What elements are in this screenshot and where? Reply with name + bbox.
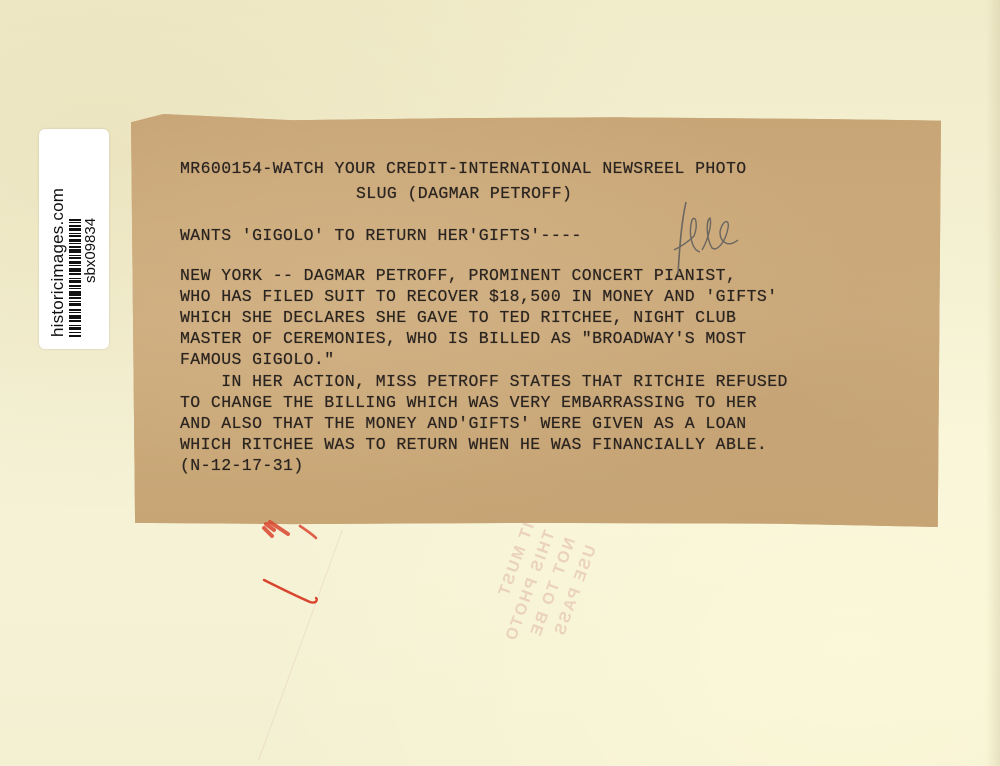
handwritten-initials-icon <box>668 190 758 280</box>
body-line: FAMOUS GIGOLO." <box>180 350 335 369</box>
mount-edge <box>986 0 1000 766</box>
caption-clipping: MR600154-WATCH YOUR CREDIT-INTERNATIONAL… <box>131 114 941 527</box>
body-line: (N-12-17-31) <box>180 456 304 475</box>
slug-line-1: MR600154-WATCH YOUR CREDIT-INTERNATIONAL… <box>180 159 747 178</box>
body-line: MASTER OF CEREMONIES, WHO IS BILLED AS "… <box>180 329 747 348</box>
body-line: TO CHANGE THE BILLING WHICH WAS VERY EMB… <box>180 393 757 412</box>
body-line: NEW YORK -- DAGMAR PETROFF, PROMINENT CO… <box>180 266 736 285</box>
slug-line-2: SLUG (DAGMAR PETROFF) <box>356 184 572 203</box>
body-line: AND ALSO THAT THE MONEY AND'GIFTS' WERE … <box>180 414 747 433</box>
body-line: IN HER ACTION, MISS PETROFF STATES THAT … <box>180 372 788 391</box>
archive-label: historicimages.com sbx09834 <box>39 129 109 349</box>
barcode-icon <box>69 219 81 337</box>
red-crayon-mark-icon <box>260 520 330 610</box>
body-line: WHO HAS FILED SUIT TO RECOVER $18,500 IN… <box>180 287 778 306</box>
archive-id: sbx09834 <box>83 218 99 337</box>
body-line: WHICH RITCHEE WAS TO RETURN WHEN HE WAS … <box>180 435 767 454</box>
archive-site-name: historicimages.com <box>49 188 67 337</box>
body-line: WHICH SHE DECLARES SHE GAVE TO TED RITCH… <box>180 308 736 327</box>
headline: WANTS 'GIGOLO' TO RETURN HER'GIFTS'---- <box>180 226 582 245</box>
archive-label-content: historicimages.com sbx09834 <box>43 133 105 345</box>
